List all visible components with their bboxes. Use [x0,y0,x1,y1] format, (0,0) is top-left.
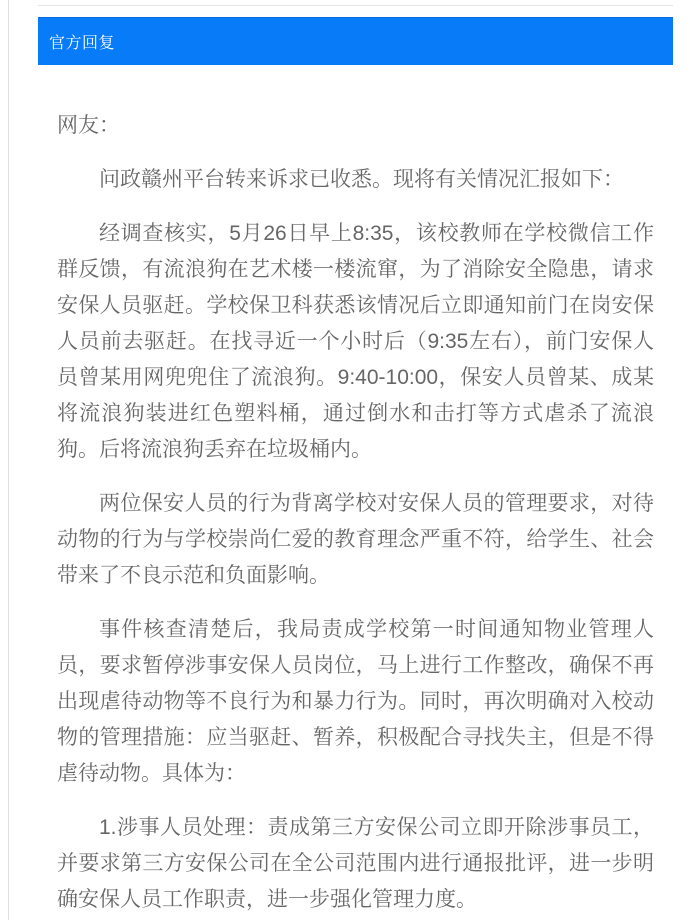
official-reply-header: 官方回复 [38,17,673,65]
left-border-line [8,0,9,920]
reply-paragraph-measures: 事件核查清楚后，我局责成学校第一时间通知物业管理人员，要求暂停涉事安保人员岗位，… [57,612,654,792]
top-divider-line [38,5,673,6]
content-area: 官方回复 网友： 问政赣州平台转来诉求已收悉。现将有关情况汇报如下： 经调查核实… [38,5,673,918]
official-reply-title: 官方回复 [49,30,115,53]
salutation: 网友： [57,108,654,144]
reply-paragraph-item-1: 1.涉事人员处理：责成第三方安保公司立即开除涉事员工，并要求第三方安保公司在全公… [57,810,654,918]
official-reply-page: 官方回复 网友： 问政赣州平台转来诉求已收悉。现将有关情况汇报如下： 经调查核实… [0,0,690,920]
reply-paragraph-intro: 问政赣州平台转来诉求已收悉。现将有关情况汇报如下： [57,162,654,198]
reply-body: 网友： 问政赣州平台转来诉求已收悉。现将有关情况汇报如下： 经调查核实，5月26… [38,65,673,918]
reply-paragraph-assessment: 两位保安人员的行为背离学校对安保人员的管理要求，对待动物的行为与学校崇尚仁爱的教… [57,486,654,594]
reply-paragraph-investigation: 经调查核实，5月26日早上8:35，该校教师在学校微信工作群反馈，有流浪狗在艺术… [57,216,654,468]
